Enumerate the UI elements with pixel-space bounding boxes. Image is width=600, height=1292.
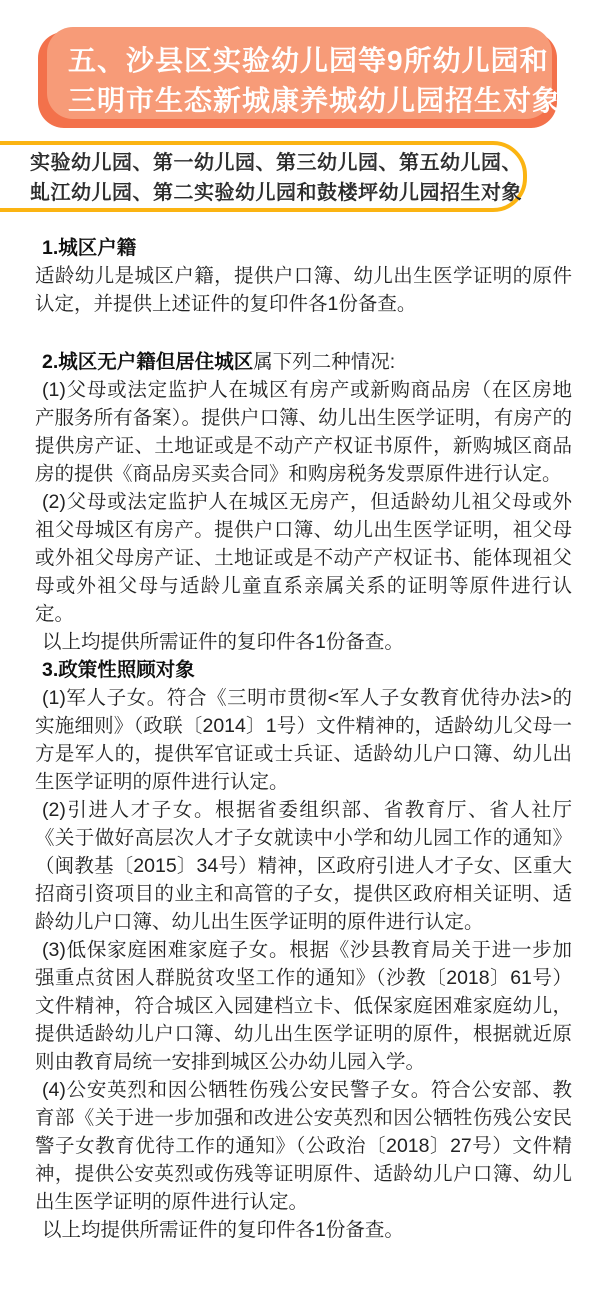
paragraph-bold-run: 1.城区户籍 [42, 237, 136, 259]
paragraph-text-run: 适龄幼儿是城区户籍，提供户口簿、幼儿出生医学证明的原件认定，并提供上述证件的复印… [35, 265, 572, 315]
paragraph-text-run: (1)父母或法定监护人在城区有房产或新购商品房（在区房地产服务所有备案）。提供户… [35, 379, 572, 485]
item-2-case-2: (2)父母或法定监护人在城区无房产，但适龄幼儿祖父母或外祖父母城区有房产。提供户… [35, 488, 572, 628]
kindergarten-list-line1: 实验幼儿园、第一幼儿园、第三幼儿园、第五幼儿园、 [30, 148, 523, 178]
item-2-heading: 2.城区无户籍但居住城区属下列二种情况: [35, 348, 572, 376]
item-3-case-4: (4)公安英烈和因公牺牲伤残公安民警子女。符合公安部、教育部《关于进一步加强和改… [35, 1076, 572, 1216]
item-3-heading: 3.政策性照顾对象 [35, 656, 572, 684]
paragraph-bold-run: 2.城区无户籍但居住城区 [42, 351, 253, 373]
item-2-case-1: (1)父母或法定监护人在城区有房产或新购商品房（在区房地产服务所有备案）。提供户… [35, 376, 572, 488]
item-3-case-2: (2)引进人才子女。根据省委组织部、省教育厅、省人社厅《关于做好高层次人才子女就… [35, 796, 572, 936]
final-copies-note: 以上均提供所需证件的复印件各1份备查。 [35, 1216, 572, 1244]
paragraph-text-run: (1)军人子女。符合《三明市贯彻<军人子女教育优待办法>的实施细则》（政联〔20… [35, 687, 572, 793]
item-3-case-1: (1)军人子女。符合《三明市贯彻<军人子女教育优待办法>的实施细则》（政联〔20… [35, 684, 572, 796]
item-2-copies-note: 以上均提供所需证件的复印件各1份备查。 [35, 628, 572, 656]
item-1-heading: 1.城区户籍 [35, 234, 572, 262]
item-1-text: 适龄幼儿是城区户籍，提供户口簿、幼儿出生医学证明的原件认定，并提供上述证件的复印… [35, 262, 572, 318]
enrollment-notice-page: 五、沙县区实验幼儿园等9所幼儿园和 三明市生态新城康养城幼儿园招生对象 实验幼儿… [0, 0, 600, 1292]
section-title-line2: 三明市生态新城康养城幼儿园招生对象 [68, 81, 543, 121]
paragraph-text-run: (3)低保家庭困难家庭子女。根据《沙县教育局关于进一步加强重点贫困人群脱贫攻坚工… [35, 939, 572, 1073]
section-title-banner: 五、沙县区实验幼儿园等9所幼儿园和 三明市生态新城康养城幼儿园招生对象 [38, 32, 557, 128]
paragraph-bold-run: 3.政策性照顾对象 [42, 659, 195, 681]
item-3-case-3: (3)低保家庭困难家庭子女。根据《沙县教育局关于进一步加强重点贫困人群脱贫攻坚工… [35, 936, 572, 1076]
paragraph-text-run: (2)引进人才子女。根据省委组织部、省教育厅、省人社厅《关于做好高层次人才子女就… [35, 799, 572, 933]
kindergarten-list-callout: 实验幼儿园、第一幼儿园、第三幼儿园、第五幼儿园、 虬江幼儿园、第二实验幼儿园和鼓… [0, 141, 527, 212]
section-title-line1: 五、沙县区实验幼儿园等9所幼儿园和 [68, 41, 543, 81]
kindergarten-list-line2: 虬江幼儿园、第二实验幼儿园和鼓楼坪幼儿园招生对象 [30, 178, 523, 208]
paragraph-text-run: (2)父母或法定监护人在城区无房产，但适龄幼儿祖父母或外祖父母城区有房产。提供户… [35, 491, 572, 625]
paragraph-text-run: (4)公安英烈和因公牺牲伤残公安民警子女。符合公安部、教育部《关于进一步加强和改… [35, 1079, 572, 1213]
paragraph-text-run: 以上均提供所需证件的复印件各1份备查。 [42, 1219, 404, 1241]
policy-body: 1.城区户籍适龄幼儿是城区户籍，提供户口簿、幼儿出生医学证明的原件认定，并提供上… [35, 234, 572, 1244]
paragraph-text-run: 属下列二种情况: [253, 351, 395, 373]
paragraph-text-run: 以上均提供所需证件的复印件各1份备查。 [42, 631, 404, 653]
